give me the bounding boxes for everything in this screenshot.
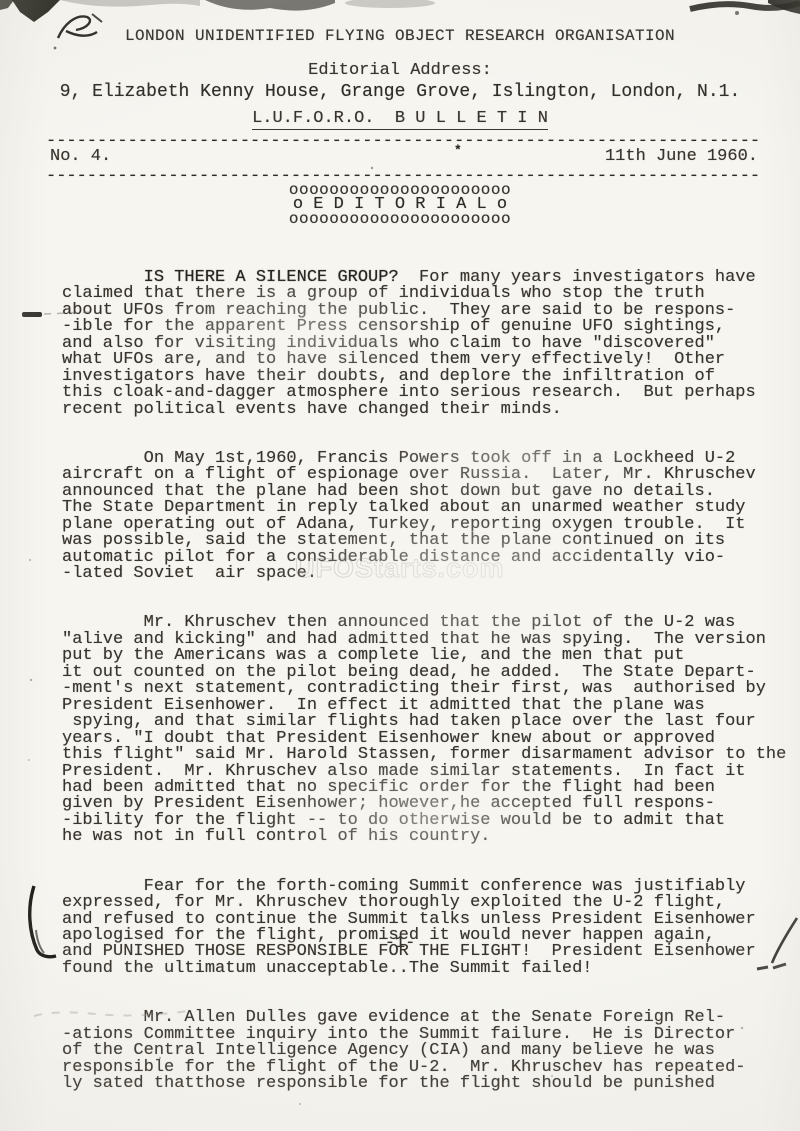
paragraph-khruschev-announcement: Mr. Khruschev then announced that the pi… [62,615,800,845]
editorial-address-label: Editorial Address: [0,61,800,80]
top-edge-smudge [60,0,200,7]
paragraph-dulles-evidence: Mr. Allen Dulles gave evidence at the Se… [62,1010,800,1092]
bulletin-title-text: L.U.F.O.R.O. B U L L E T I N [252,109,548,130]
corner-smudge-top-right [690,3,800,9]
organisation-title: LONDON UNIDENTIFIED FLYING OBJECT RESEAR… [0,27,800,45]
bulletin-title: L.U.F.O.R.O. B U L L E T I N [0,109,800,130]
ink-mark: * [454,143,462,158]
paragraph-summit-failure: Fear for the forth-coming Summit confere… [62,879,800,978]
editorial-body: IS THERE A SILENCE GROUP? For many years… [62,237,800,1125]
corner-smudge-top-left [12,0,60,22]
issue-date: 11th June 1960. [605,147,758,166]
paragraph-silence-group: IS THERE A SILENCE GROUP? For many years… [62,270,800,418]
editorial-address: 9, Elizabeth Kenny House, Grange Grove, … [0,82,800,102]
paragraph-text: For many years investigators have claime… [62,268,756,419]
paragraph-u2-flight: On May 1st,1960, Francis Powers took off… [62,451,800,583]
editorial-ornament-bottom: oooooooooooooooooooooo [0,210,800,228]
left-margin-mark [22,312,42,317]
issue-number: No. 4. [50,147,111,166]
scanned-bulletin-page: LONDON UNIDENTIFIED FLYING OBJECT RESEAR… [0,0,800,1131]
